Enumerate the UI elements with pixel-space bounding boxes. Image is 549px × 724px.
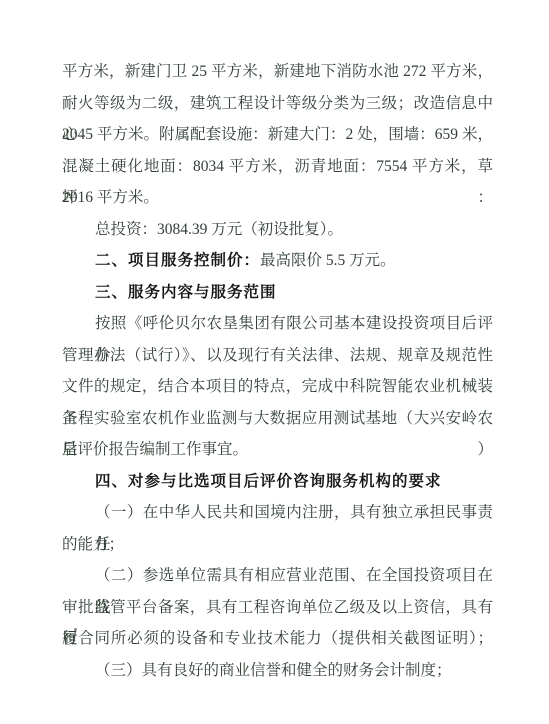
construction-paragraph-line: 2045 平方米。附属配套设施：新建大门：2 处，围墙：659 米， <box>62 119 493 151</box>
scope-paragraph-line: 管理办法（试行）》、以及现行有关法律、法规、规章及规范性 <box>62 340 493 372</box>
requirement2-line: 行合同所必须的设备和专业技术能力（提供相关截图证明）； <box>62 623 493 655</box>
total-investment-line: 总投资：3084.39 万元（初设批复）。 <box>62 214 493 246</box>
scope-paragraph-line: 工程实验室农机作业监测与大数据应用测试基地（大兴安岭农垦） <box>62 403 493 435</box>
requirement1-line: （一）在中华人民共和国境内注册，具有独立承担民事责任 <box>62 497 493 529</box>
section2-heading: 二、项目服务控制价：最高限价 5.5 万元。 <box>62 245 493 277</box>
requirement2-line: （二）参选单位需具有相应营业范围、在全国投资项目在线 <box>62 560 493 592</box>
scan-artifact-dot <box>74 628 77 631</box>
construction-paragraph-line: 耐火等级为二级，建筑工程设计等级分类为三级；改造信息中心 <box>62 88 493 120</box>
requirement1-line: 的能力； <box>62 529 493 561</box>
construction-paragraph-line: 混凝土硬化地面：8034 平方米，沥青地面：7554 平方米，草坪： <box>62 151 493 183</box>
requirement2-line: 审批监管平台备案，具有工程咨询单位乙级及以上资信，具有履 <box>62 592 493 624</box>
construction-paragraph-line: 平方米，新建门卫 25 平方米，新建地下消防水池 272 平方米， <box>62 56 493 88</box>
section2-heading-label: 二、项目服务控制价： <box>95 252 260 269</box>
requirement3-line: （三）具有良好的商业信誉和健全的财务会计制度； <box>62 655 493 687</box>
section4-heading: 四、对参与比选项目后评价咨询服务机构的要求 <box>62 466 493 498</box>
section2-heading-value: 最高限价 5.5 万元。 <box>260 252 396 269</box>
scope-paragraph-line: 按照《呼伦贝尔农垦集团有限公司基本建设投资项目后评价 <box>62 308 493 340</box>
section3-heading: 三、服务内容与服务范围 <box>62 277 493 309</box>
scope-paragraph-line: 文件的规定，结合本项目的特点，完成中科院智能农业机械装备 <box>62 371 493 403</box>
document-page: 平方米，新建门卫 25 平方米，新建地下消防水池 272 平方米， 耐火等级为二… <box>0 0 549 724</box>
